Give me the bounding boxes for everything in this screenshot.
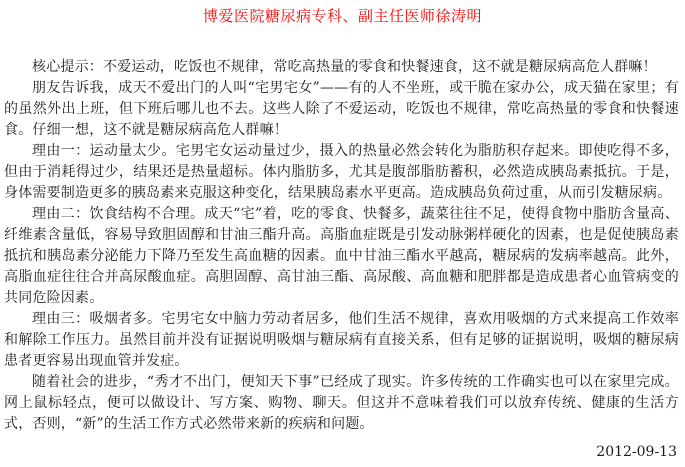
conclusion-paragraph: 随着社会的进步，“秀才不出门，便知天下事”已经成了现实。许多传统的工作确实也可以… [4, 372, 679, 435]
article-page: 博爱医院糖尿病专科、副主任医师徐涛明 核心提示：不爱运动，吃饭也不规律，常吃高热… [0, 0, 685, 467]
article-body: 核心提示：不爱运动，吃饭也不规律，常吃高热量的零食和快餐速食，这不就是糖尿病高危… [0, 57, 685, 435]
intro-paragraph: 朋友告诉我，成天不爱出门的人叫“宅男宅女”——有的人不坐班，或干脆在家办公，成天… [4, 78, 679, 141]
reason-2-paragraph: 理由二：饮食结构不合理。成天“宅”着，吃的零食、快餐多，蔬菜往往不足，使得食物中… [4, 204, 679, 309]
reason-1-paragraph: 理由一：运动量太少。宅男宅女运动量过少，摄入的热量必然会转化为脂肪积存起来。即使… [4, 141, 679, 204]
reason-3-paragraph: 理由三：吸烟者多。宅男宅女中脑力劳动者居多，他们生活不规律，喜欢用吸烟的方式来提… [4, 309, 679, 372]
core-tip-paragraph: 核心提示：不爱运动，吃饭也不规律，常吃高热量的零食和快餐速食，这不就是糖尿病高危… [4, 57, 679, 78]
publish-date: 2012-09-13 [596, 444, 677, 460]
page-title: 博爱医院糖尿病专科、副主任医师徐涛明 [0, 0, 685, 27]
